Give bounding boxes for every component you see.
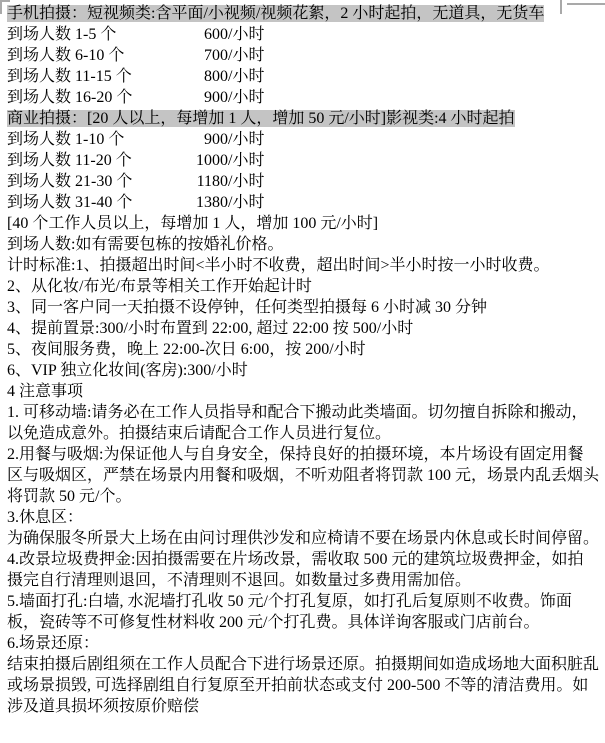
price-unit: /小时 bbox=[228, 194, 264, 211]
notice-3-rest-area-body: 为确保服冬所景大上场在由问讨理供沙发和应椅请不要在场景内休息或长时间停留。 bbox=[7, 528, 599, 549]
attendee-count-label: 到场人数 1-5 个 bbox=[7, 24, 182, 45]
timing-rule-2: 2、从化妆/布光/布景等相关工作开始起计时 bbox=[7, 276, 599, 297]
price-value: 1000 bbox=[182, 150, 228, 171]
price-value: 800 bbox=[182, 66, 228, 87]
document-page: 手机拍摄：短视频类:含平面/小视频/视频花絮，2 小时起拍，无道具，无货车 到场… bbox=[0, 0, 605, 743]
commercial-price-row: 到场人数 31-40 个1380/小时 bbox=[7, 192, 599, 213]
timing-rule-4: 4、提前置景:300/小时布置到 22:00, 超过 22:00 按 500/小… bbox=[7, 318, 599, 339]
attendee-count-label: 到场人数 31-40 个 bbox=[7, 192, 182, 213]
commercial-price-row: 到场人数 1-10 个900/小时 bbox=[7, 129, 599, 150]
price-value: 1180 bbox=[182, 171, 228, 192]
price-unit: /小时 bbox=[228, 89, 264, 106]
price-unit: /小时 bbox=[228, 26, 264, 43]
attendee-count-label: 到场人数 11-20 个 bbox=[7, 150, 182, 171]
commercial-shooting-header: 商业拍摄：[20 人以上，每增加 1 人，增加 50 元/小时]影视类:4 小时… bbox=[7, 108, 599, 129]
timing-rule-3: 3、同一客户同一天拍摄不设停钟，任何类型拍摄每 6 小时减 30 分钟 bbox=[7, 297, 599, 318]
phone-price-row: 到场人数 6-10 个700/小时 bbox=[7, 45, 599, 66]
commercial-price-row: 到场人数 21-30 个1180/小时 bbox=[7, 171, 599, 192]
timing-rule-6: 6、VIP 独立化妆间(客房):300/小时 bbox=[7, 360, 599, 381]
notice-6-scene-restore-title: 6.场景还原： bbox=[7, 633, 599, 654]
phone-price-row: 到场人数 16-20 个900/小时 bbox=[7, 87, 599, 108]
timing-rule-1: 计时标准:1、拍摄超出时间<半小时不收费，超出时间>半小时按一小时收费。 bbox=[7, 255, 599, 276]
note-extra-staff: [40 个工作人员以上，每增加 1 人，增加 100 元/小时] bbox=[7, 213, 599, 234]
commercial-price-row: 到场人数 11-20 个1000/小时 bbox=[7, 150, 599, 171]
notice-1-movable-wall: 1. 可移动墙:请务必在工作人员指导和配合下搬动此类墙面。切勿擅自拆除和搬动，以… bbox=[7, 402, 599, 444]
crop-mark-top-left-horizontal bbox=[0, 0, 10, 2]
price-unit: /小时 bbox=[228, 152, 264, 169]
price-unit: /小时 bbox=[228, 68, 264, 85]
attendee-count-label: 到场人数 1-10 个 bbox=[7, 129, 182, 150]
notice-4-deposit: 4.改景垃圾费押金:因拍摄需要在片场改景，需收取 500 元的建筑垃圾费押金，如… bbox=[7, 549, 599, 591]
crop-mark-top-right-vertical bbox=[560, 0, 562, 14]
notice-5-wall-drilling: 5.墙面打孔:白墙, 水泥墙打孔收 50 元/个打孔复原，如打孔后复原则不收费。… bbox=[7, 591, 599, 633]
crop-mark-top-right-horizontal bbox=[567, 3, 605, 5]
notice-3-rest-area-title: 3.休息区： bbox=[7, 507, 599, 528]
price-value: 700 bbox=[182, 45, 228, 66]
crop-mark-top-left-vertical bbox=[0, 0, 2, 14]
price-unit: /小时 bbox=[228, 131, 264, 148]
phone-price-row: 到场人数 1-5 个600/小时 bbox=[7, 24, 599, 45]
notice-6-scene-restore-body: 结束拍摄后剧组须在工作人员配合下进行场景还原。拍摄期间如造成场地大面积脏乱或场景… bbox=[7, 654, 599, 717]
price-value: 1380 bbox=[182, 192, 228, 213]
price-unit: /小时 bbox=[228, 47, 264, 64]
price-unit: /小时 bbox=[228, 173, 264, 190]
document-body: 手机拍摄：短视频类:含平面/小视频/视频花絮，2 小时起拍，无道具，无货车 到场… bbox=[7, 3, 599, 717]
phone-price-row: 到场人数 11-15 个800/小时 bbox=[7, 66, 599, 87]
price-value: 900 bbox=[182, 87, 228, 108]
timing-rule-5: 5、夜间服务费，晚上 22:00-次日 6:00，按 200/小时 bbox=[7, 339, 599, 360]
notice-2-dining-smoking: 2.用餐与吸烟:为保证他人与自身安全，保持良好的拍摄环境，本片场设有固定用餐区与… bbox=[7, 444, 599, 507]
phone-shooting-header-text: 手机拍摄：短视频类:含平面/小视频/视频花絮，2 小时起拍，无道具，无货车 bbox=[7, 5, 544, 22]
attendee-count-label: 到场人数 16-20 个 bbox=[7, 87, 182, 108]
phone-shooting-header: 手机拍摄：短视频类:含平面/小视频/视频花絮，2 小时起拍，无道具，无货车 bbox=[7, 3, 599, 24]
commercial-shooting-header-text: 商业拍摄：[20 人以上，每增加 1 人，增加 50 元/小时]影视类:4 小时… bbox=[7, 110, 515, 127]
attendee-count-label: 到场人数 6-10 个 bbox=[7, 45, 182, 66]
attendee-count-label: 到场人数 11-15 个 bbox=[7, 66, 182, 87]
price-value: 600 bbox=[182, 24, 228, 45]
notice-section-title: 4 注意事项 bbox=[7, 381, 599, 402]
attendee-count-label: 到场人数 21-30 个 bbox=[7, 171, 182, 192]
note-attendee-wedding-price: 到场人数:如有需要包栋的按婚礼价格。 bbox=[7, 234, 599, 255]
price-value: 900 bbox=[182, 129, 228, 150]
